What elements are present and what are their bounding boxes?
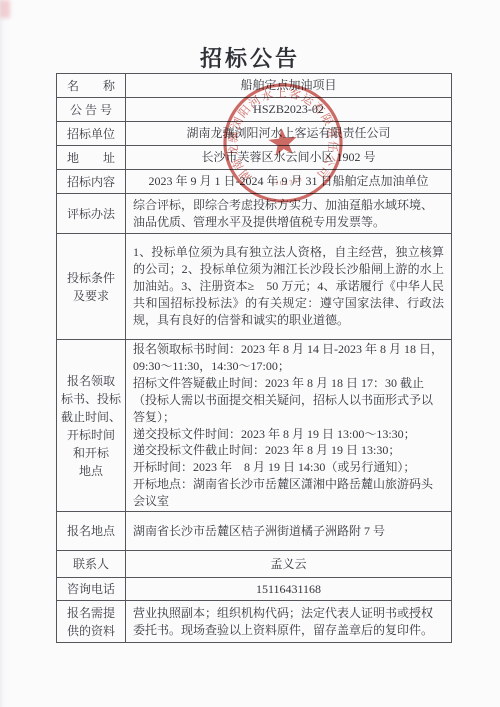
- row-value-schedule: 报名领取标书时间：2023 年 8 月 14 日-2023 年 8 月 18 日…: [126, 340, 452, 512]
- row-value-required-documents: 营业执照副本；组织机构代码；法定代表人证明书或授权委托书。现场查验以上资料原件，…: [126, 601, 452, 643]
- row-label-schedule: 报名领取 标书、投标 截止时间、 开标时间 和开标 地点: [57, 340, 126, 512]
- row-value-evaluation-method: 综合评标，即综合考虑投标方实力、加油趸船水域环境、油品优质、管理水平及提供增值税…: [126, 194, 452, 234]
- tender-info-table: 名 称 船舶定点加油项目 公 告 号 HSZB2023-02 招标单位 湖南龙骧…: [56, 73, 452, 643]
- table-row-evaluation-method: 评标办法 综合评标，即综合考虑投标方实力、加油趸船水域环境、油品优质、管理水平及…: [57, 194, 452, 234]
- schedule-line: 开标地点：湖南省长沙市岳麓区潇湘中路岳麓山旅游码头会议室: [133, 476, 444, 510]
- row-value-registration-place: 湖南省长沙市岳麓区桔子洲街道橘子洲路附 7 号: [126, 512, 452, 551]
- row-label-address: 地 址: [57, 146, 126, 170]
- page-title: 招标公告: [0, 42, 500, 73]
- table-row-bid-conditions: 投标条件 及要求 1、投标单位须为具有独立法人资格，自主经营，独立核算的公司；2…: [57, 234, 452, 340]
- row-label-required-documents: 报名需提 供的资料: [57, 601, 126, 643]
- row-value-bid-conditions: 1、投标单位须为具有独立法人资格，自主经营，独立核算的公司；2、投标单位须为湘江…: [126, 234, 452, 340]
- scan-ink-smudge: [0, 0, 10, 18]
- row-label-contact-person: 联系人: [57, 551, 126, 578]
- row-value-contact-person: 孟义云: [126, 551, 452, 578]
- row-value-address: 长沙市芙蓉区水云间小区 1902 号: [126, 146, 452, 170]
- row-value-name: 船舶定点加油项目: [126, 74, 452, 98]
- row-value-tender-content: 2023 年 9 月 1 日-2024 年 9 月 31 日船舶定点加油单位: [126, 170, 452, 194]
- schedule-line: 递交投标文件截止时间：2023 年 8 月 19 日 13:30；: [133, 442, 444, 459]
- row-label-bid-conditions: 投标条件 及要求: [57, 234, 126, 340]
- table-row-tender-content: 招标内容 2023 年 9 月 1 日-2024 年 9 月 31 日船舶定点加…: [57, 170, 452, 194]
- row-label-registration-place: 报名地点: [57, 512, 126, 551]
- table-row-announcement-no: 公 告 号 HSZB2023-02: [57, 98, 452, 122]
- row-value-announcement-no: HSZB2023-02: [126, 98, 452, 122]
- row-label-announcement-no: 公 告 号: [57, 98, 126, 122]
- table-row-address: 地 址 长沙市芙蓉区水云间小区 1902 号: [57, 146, 452, 170]
- schedule-line: 报名领取标书时间：2023 年 8 月 14 日-2023 年 8 月 18 日…: [133, 341, 444, 375]
- table-row-name: 名 称 船舶定点加油项目: [57, 74, 452, 98]
- schedule-line: 开标时间：2023 年 8 月 19 日 14:30（或另行通知）；: [133, 459, 444, 476]
- schedule-line: 招标文件答疑截止时间：2023 年 8 月 18 日 17：30 截止（投标人需…: [133, 375, 444, 426]
- schedule-line: 递交投标文件时间：2023 年 8 月 19 日 13:00～13:30；: [133, 426, 444, 443]
- row-value-tendering-unit: 湖南龙骧浏阳河水上客运有限责任公司: [126, 122, 452, 146]
- row-label-phone: 咨询电话: [57, 578, 126, 601]
- table-row-registration-place: 报名地点 湖南省长沙市岳麓区桔子洲街道橘子洲路附 7 号: [57, 512, 452, 551]
- row-label-tendering-unit: 招标单位: [57, 122, 126, 146]
- table-row-phone: 咨询电话 15116431168: [57, 578, 452, 601]
- table-row-tendering-unit: 招标单位 湖南龙骧浏阳河水上客运有限责任公司: [57, 122, 452, 146]
- table-row-required-documents: 报名需提 供的资料 营业执照副本；组织机构代码；法定代表人证明书或授权委托书。现…: [57, 601, 452, 643]
- row-label-evaluation-method: 评标办法: [57, 194, 126, 234]
- row-value-phone: 15116431168: [126, 578, 452, 601]
- row-label-tender-content: 招标内容: [57, 170, 126, 194]
- table-row-contact-person: 联系人 孟义云: [57, 551, 452, 578]
- table-row-schedule: 报名领取 标书、投标 截止时间、 开标时间 和开标 地点 报名领取标书时间：20…: [57, 340, 452, 512]
- row-label-name: 名 称: [57, 74, 126, 98]
